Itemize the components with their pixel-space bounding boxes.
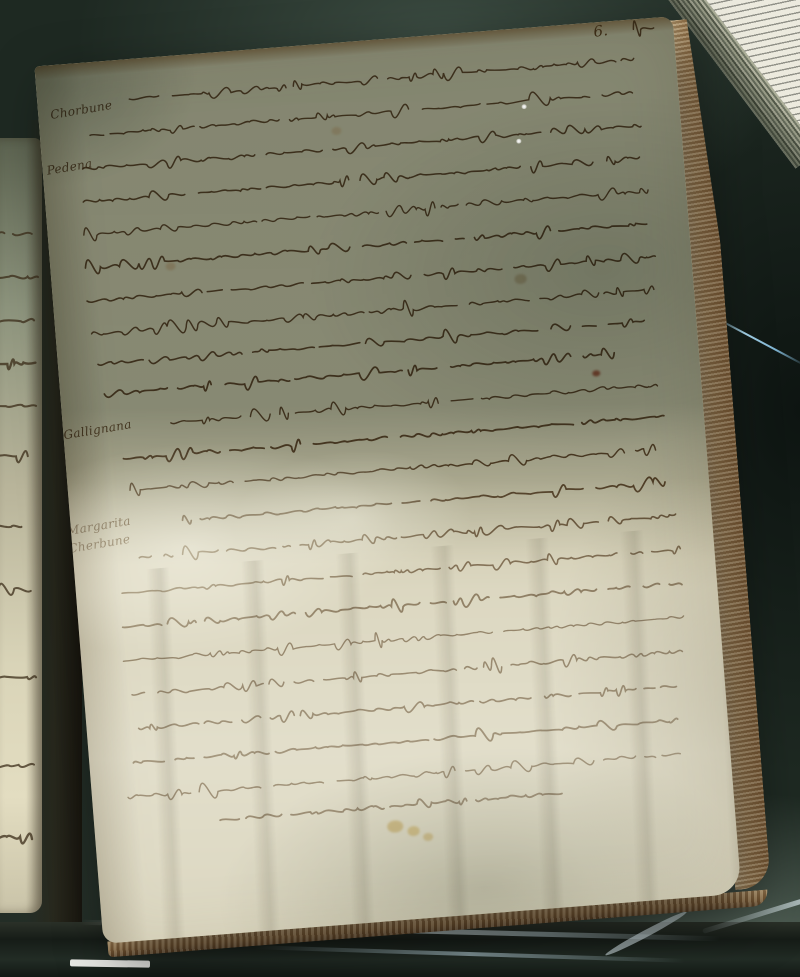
- manuscript-page: ChorbunePedenaGallignanaMargaritaCherbun…: [34, 16, 741, 944]
- acrylic-reflection: [70, 959, 150, 967]
- folio-number: 6.: [592, 21, 609, 41]
- page-sheet: ChorbunePedenaGallignanaMargaritaCherbun…: [34, 16, 741, 944]
- manuscript-photo: ChorbunePedenaGallignanaMargaritaCherbun…: [0, 0, 800, 977]
- margin-notes: ChorbunePedenaGallignanaMargaritaCherbun…: [34, 16, 741, 944]
- margin-label: Chorbune: [49, 98, 113, 122]
- margin-label: Pedena: [46, 156, 94, 177]
- margin-label: Gallignana: [62, 417, 132, 442]
